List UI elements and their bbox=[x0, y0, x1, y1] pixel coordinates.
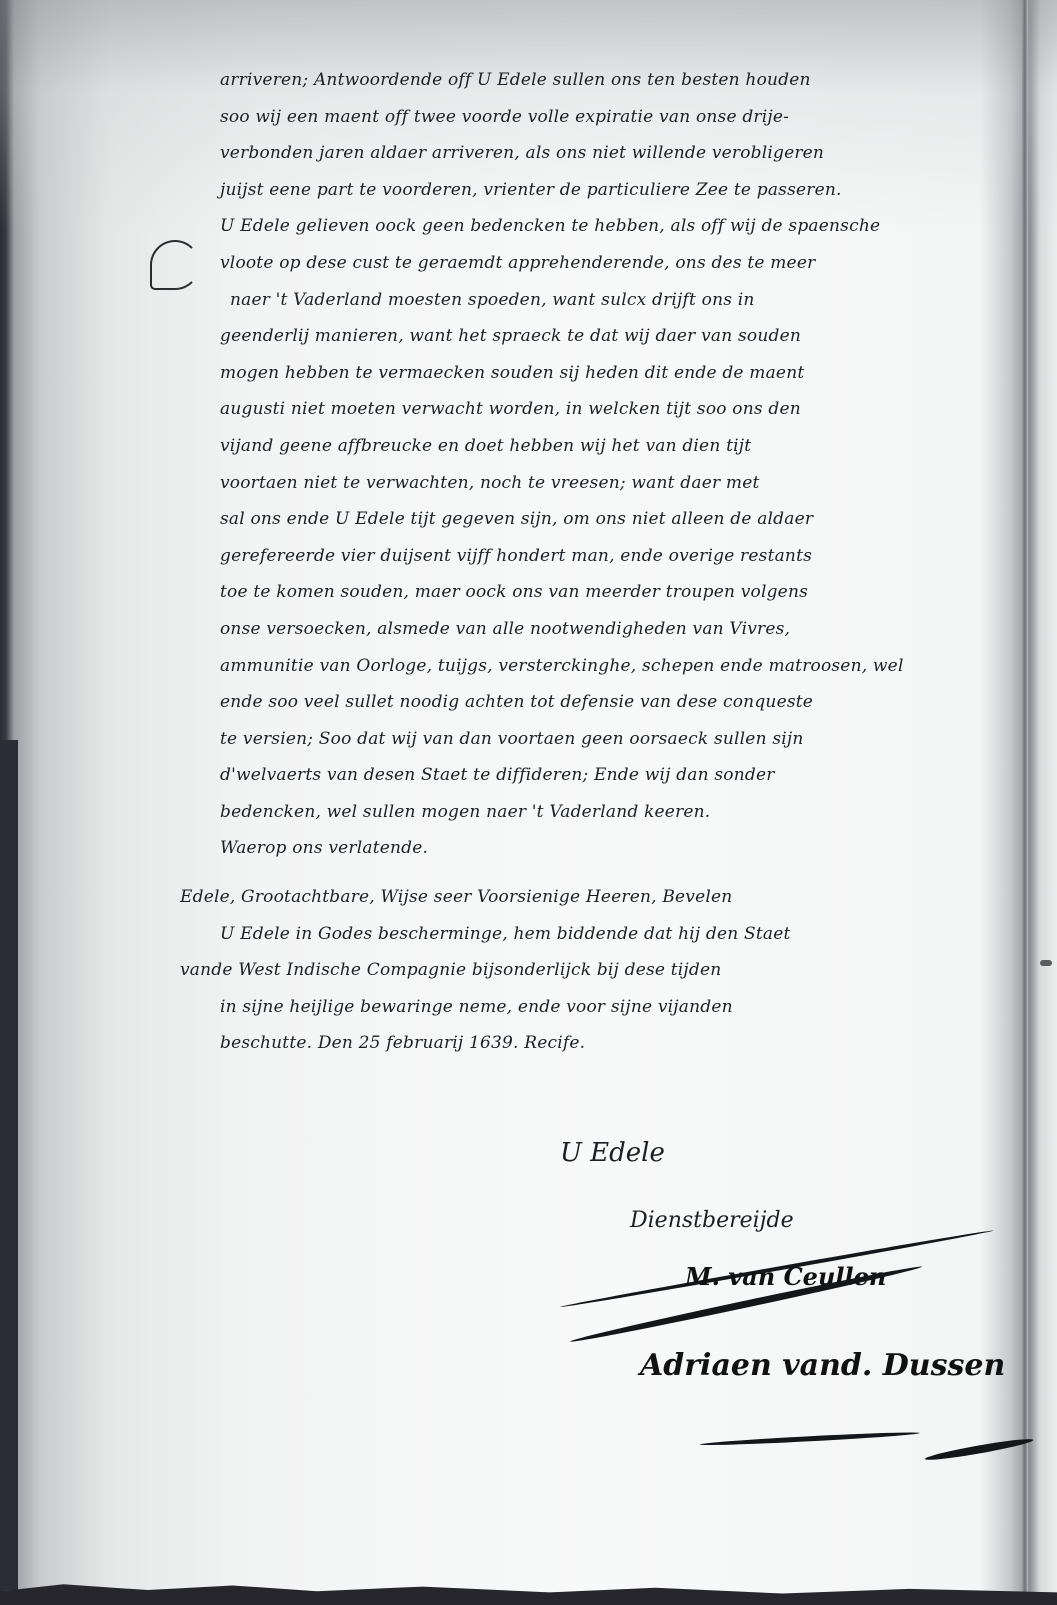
body-line: te versien; Soo dat wij van dan voortaen… bbox=[180, 721, 1000, 758]
body-line: gerefereerde vier duijsent vijff hondert… bbox=[180, 538, 1000, 575]
body-line: ammunitie van Oorloge, tuijgs, versterck… bbox=[180, 648, 1000, 685]
letter-page: arriveren; Antwoordende off U Edele sull… bbox=[0, 0, 1057, 1605]
signature-van-der-dussen: Adriaen vand. Dussen bbox=[640, 1348, 1005, 1383]
salutation: U Edele bbox=[560, 1138, 665, 1168]
closing-line: vande West Indische Compagnie bijsonderl… bbox=[180, 952, 1000, 989]
closing-line: in sijne heijlige bewaringe neme, ende v… bbox=[180, 989, 1000, 1026]
closing-line: beschutte. Den 25 februarij 1639. Recife… bbox=[180, 1025, 1000, 1062]
body-line: bedencken, wel sullen mogen naer 't Vade… bbox=[180, 794, 1000, 831]
closing-line: U Edele in Godes bescherminge, hem bidde… bbox=[180, 916, 1000, 953]
body-line: onse versoecken, alsmede van alle nootwe… bbox=[180, 611, 1000, 648]
letter-body: arriveren; Antwoordende off U Edele sull… bbox=[180, 62, 1000, 1062]
body-line: vijand geene affbreucke en doet hebben w… bbox=[180, 428, 1000, 465]
body-line: geenderlij manieren, want het spraeck te… bbox=[180, 318, 1000, 355]
closing-line: Edele, Grootachtbare, Wijse seer Voorsie… bbox=[180, 879, 1000, 916]
body-line: mogen hebben te vermaecken souden sij he… bbox=[180, 355, 1000, 392]
body-line: Waerop ons verlatende. bbox=[180, 830, 1000, 867]
body-line: U Edele gelieven oock geen bedencken te … bbox=[180, 208, 1000, 245]
body-line: arriveren; Antwoordende off U Edele sull… bbox=[180, 62, 1000, 99]
service-phrase: Dienstbereijde bbox=[630, 1208, 794, 1233]
body-line: voortaen niet te verwachten, noch te vre… bbox=[180, 465, 1000, 502]
body-line: toe te komen souden, maer oock ons van m… bbox=[180, 574, 1000, 611]
body-line: juijst eene part te voorderen, vrienter … bbox=[180, 172, 1000, 209]
body-line: sal ons ende U Edele tijt gegeven sijn, … bbox=[180, 501, 1000, 538]
body-line: verbonden jaren aldaer arriveren, als on… bbox=[180, 135, 1000, 172]
body-line: ende soo veel sullet noodig achten tot d… bbox=[180, 684, 1000, 721]
body-line: augusti niet moeten verwacht worden, in … bbox=[180, 391, 1000, 428]
body-line: naer 't Vaderland moesten spoeden, want … bbox=[180, 282, 1000, 319]
body-line: vloote op dese cust te geraemdt apprehen… bbox=[180, 245, 1000, 282]
signature-van-ceullen: M. van Ceullen bbox=[685, 1262, 886, 1291]
signature-flourish bbox=[924, 1436, 1034, 1463]
signature-flourish bbox=[700, 1430, 920, 1447]
body-line: soo wij een maent off twee voorde volle … bbox=[180, 99, 1000, 136]
body-line: d'welvaerts van desen Staet te diffidere… bbox=[180, 757, 1000, 794]
